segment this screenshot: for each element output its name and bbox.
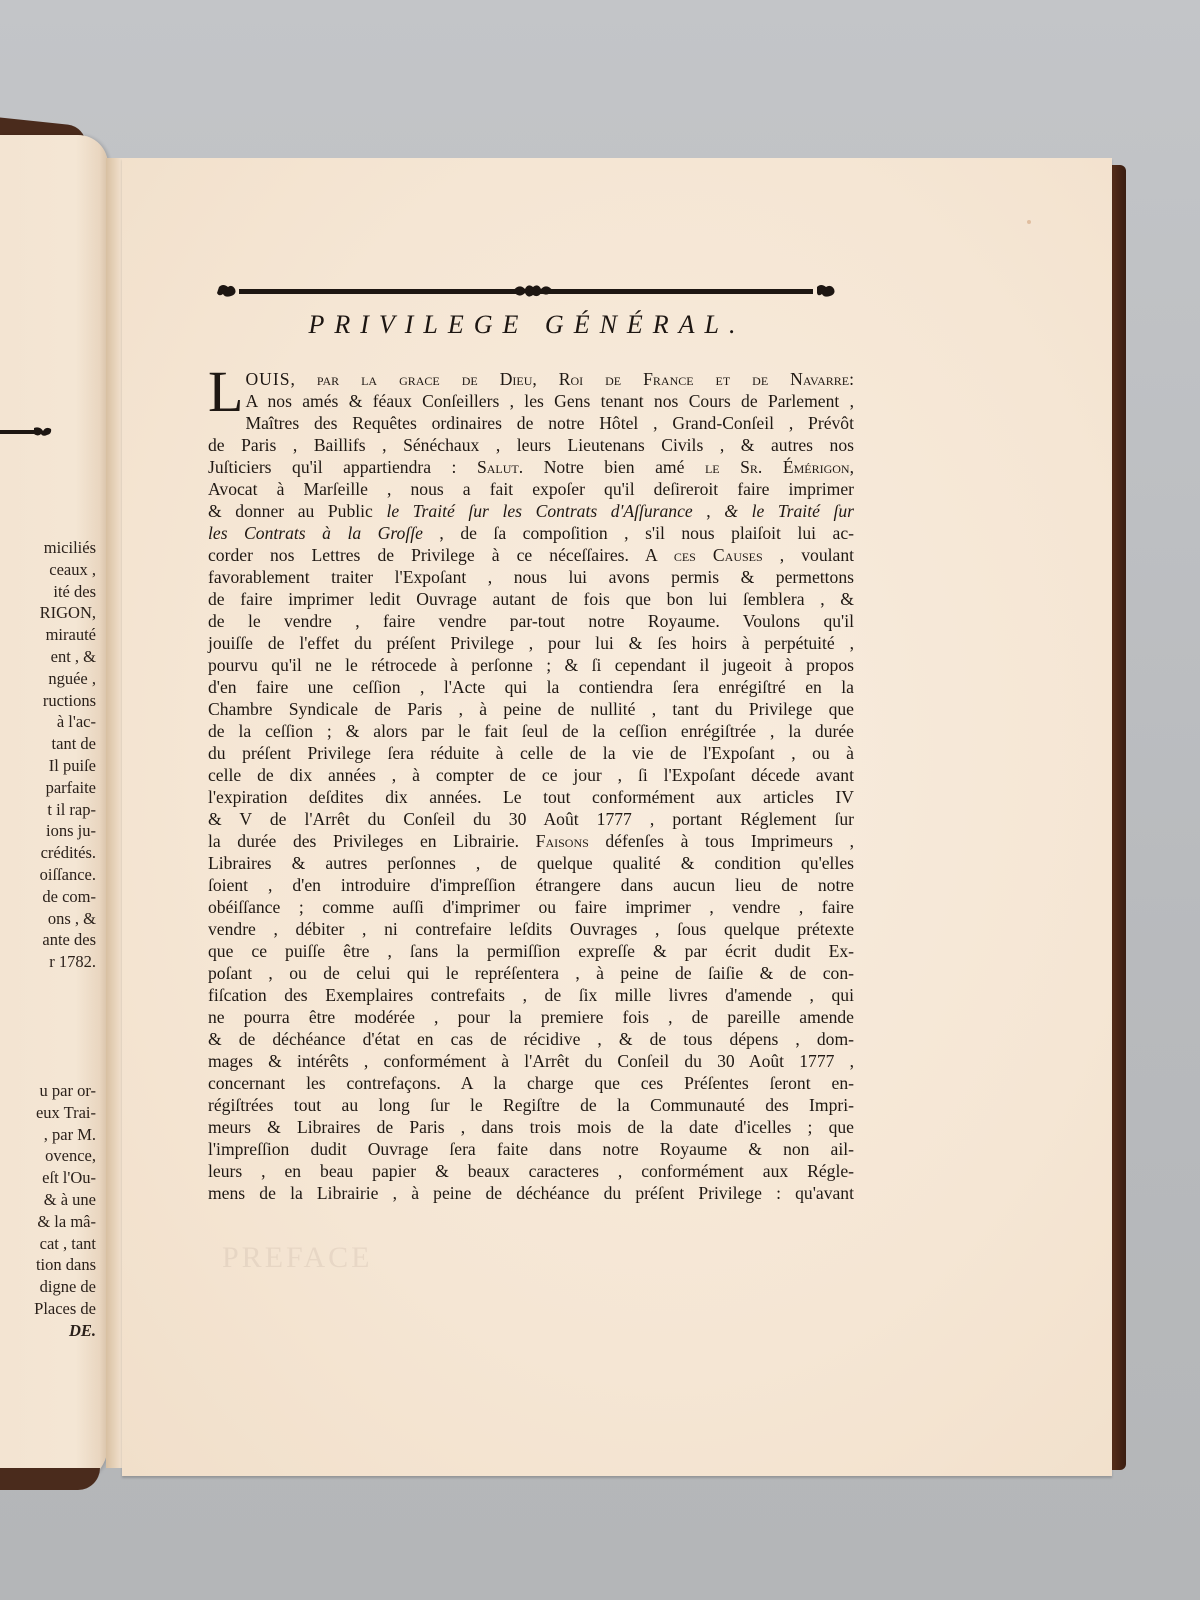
text-run: meurs & Libraires de Paris , dans trois … <box>208 1117 854 1137</box>
text-run: A nos amés & féaux Conſeillers , les Gen… <box>245 391 854 411</box>
text-line: ovence, <box>34 1145 96 1167</box>
text-run: mens de la Librairie , à peine de déchéa… <box>208 1183 854 1203</box>
text-line: u par or- <box>34 1080 96 1102</box>
text-line: ent , & <box>40 646 96 668</box>
privilege-body-text: L OUIS, par la grace de Dieu, Roi de Fra… <box>208 368 854 1204</box>
text-line: ſoient , d'en introduire d'impreſſion ét… <box>208 874 854 896</box>
text-run: la durée des Privileges en Librairie. <box>208 831 536 851</box>
right-page: PRIVILEGE GÉNÉRAL. L OUIS, par la grace … <box>122 158 1112 1476</box>
text-run: d'en faire une ceſſion , l'Acte qui la c… <box>208 677 854 697</box>
text-line: de la ceſſion ; & alors par le fait ſeul… <box>208 720 854 742</box>
text-line: , par M. <box>34 1124 96 1146</box>
text-line: que ce puiſſe être , ſans la permiſſion … <box>208 940 854 962</box>
text-run: poſant , ou de celui qui le repréſentera… <box>208 963 854 983</box>
text-line: ne pourra être modérée , pour la premier… <box>208 1006 854 1028</box>
book-left-cover-bottom <box>0 1468 100 1490</box>
text-run: celle de dix années , à compter de ce jo… <box>208 765 854 785</box>
text-line: l'expiration deſdites dix années. Le tou… <box>208 786 854 808</box>
text-run: Avocat à Marſeille , nous a fait expoſer… <box>208 479 854 499</box>
text-line: eſt l'Ou- <box>34 1167 96 1189</box>
text-line: ité des <box>40 581 96 603</box>
text-line: oiſſance. <box>40 864 96 886</box>
text-run: obéiſſance ; comme auſſi d'imprimer ou f… <box>208 897 854 917</box>
text-line: meurs & Libraires de Paris , dans trois … <box>208 1116 854 1138</box>
text-line: ante des <box>40 929 96 951</box>
text-run: le Traité ſur les Contrats d'Aſſurance <box>386 501 692 521</box>
text-line: vendre , débiter , ni contrefaire leſdit… <box>208 918 854 940</box>
text-run: régiſtrées tout au long ſur le Regiſtre … <box>208 1095 854 1115</box>
text-run: Maîtres des Requêtes ordinaires de notre… <box>245 413 854 433</box>
text-run: pourvu qu'il ne le rétrocede à perſonne … <box>208 655 854 675</box>
text-run: , <box>693 501 725 521</box>
text-line: poſant , ou de celui qui le repréſentera… <box>208 962 854 984</box>
text-run: , par la grace de Dieu, Roi de France et… <box>291 369 855 389</box>
text-line: parfaite <box>40 777 96 799</box>
left-page-text-bottom: u par or-eux Trai-, par M.ovence,eſt l'O… <box>34 1080 96 1342</box>
text-run: concernant les contrefaçons. A la charge… <box>208 1073 854 1093</box>
text-line: OUIS, par la grace de Dieu, Roi de Franc… <box>208 368 854 390</box>
text-run: ſoient , d'en introduire d'impreſſion ét… <box>208 875 854 895</box>
text-run: de le vendre , faire vendre par-tout not… <box>208 611 854 631</box>
text-line: de le vendre , faire vendre par-tout not… <box>208 610 854 632</box>
text-run: jouiſſe de l'effet du préſent Privilege … <box>208 633 854 653</box>
text-run: ces Causes <box>674 545 763 565</box>
foxing-spot <box>1027 220 1031 224</box>
text-line: les Contrats à la Groſſe , de ſa compoſi… <box>208 522 854 544</box>
text-line: & à une <box>34 1189 96 1211</box>
text-run: les Contrats à la Groſſe <box>208 523 423 543</box>
text-line: crédités. <box>40 842 96 864</box>
text-line: cat , tant <box>34 1233 96 1255</box>
text-line: & V de l'Arrêt du Conſeil du 30 Août 177… <box>208 808 854 830</box>
text-run: , <box>850 457 854 477</box>
text-run: Libraires & autres perſonnes , de quelqu… <box>208 853 854 873</box>
text-line: tion dans <box>34 1254 96 1276</box>
text-run: de la ceſſion ; & alors par le fait ſeul… <box>208 721 854 741</box>
text-run: OUIS <box>245 369 290 389</box>
text-line: & la mâ- <box>34 1211 96 1233</box>
text-run: fiſcation des Exemplaires contrefaits , … <box>208 985 854 1005</box>
text-line: concernant les contrefaçons. A la charge… <box>208 1072 854 1094</box>
text-line: pourvu qu'il ne le rétrocede à perſonne … <box>208 654 854 676</box>
text-run: favorablement traiter l'Expoſant , nous … <box>208 567 854 587</box>
text-run: du préſent Privilege ſera réduite à cell… <box>208 743 854 763</box>
text-line: digne de <box>34 1276 96 1298</box>
text-run: de faire imprimer ledit Ouvrage autant d… <box>208 589 854 609</box>
text-run: l'expiration deſdites dix années. Le tou… <box>208 787 854 807</box>
text-line: Places de <box>34 1298 96 1320</box>
ornament-bar-fragment-icon <box>0 427 52 437</box>
text-run: corder nos Lettres de Privilege à ce néc… <box>208 545 674 565</box>
text-line: Libraires & autres perſonnes , de quelqu… <box>208 852 854 874</box>
text-line: RIGON, <box>40 602 96 624</box>
text-line: tant de <box>40 733 96 755</box>
text-line: miciliés <box>40 537 96 559</box>
text-line: DE. <box>34 1320 96 1342</box>
text-line: ons , & <box>40 908 96 930</box>
show-through-text: PREFACE <box>222 1241 372 1275</box>
text-line: d'en faire une ceſſion , l'Acte qui la c… <box>208 676 854 698</box>
text-run: l'impreſſion dudit Ouvrage ſera faite da… <box>208 1139 854 1159</box>
text-line: corder nos Lettres de Privilege à ce néc… <box>208 544 854 566</box>
text-line: & donner au Public le Traité ſur les Con… <box>208 500 854 522</box>
text-run: & donner au Public <box>208 501 386 521</box>
text-run: Juſticiers qu'il appartiendra : <box>208 457 477 477</box>
text-line: régiſtrées tout au long ſur le Regiſtre … <box>208 1094 854 1116</box>
text-run: leurs , en beau papier & beaux caractere… <box>208 1161 854 1181</box>
text-line: l'impreſſion dudit Ouvrage ſera faite da… <box>208 1138 854 1160</box>
text-line: Chambre Syndicale de Paris , à peine de … <box>208 698 854 720</box>
text-run: , de ſa compoſition , s'il nous plaiſoit… <box>423 523 854 543</box>
text-line: de faire imprimer ledit Ouvrage autant d… <box>208 588 854 610</box>
text-run: Notre bien amé <box>523 457 705 477</box>
text-run: & V de l'Arrêt du Conſeil du 30 Août 177… <box>208 809 854 829</box>
page-title: PRIVILEGE GÉNÉRAL. <box>217 310 837 340</box>
text-line: à l'ac- <box>40 711 96 733</box>
text-line: nguée , <box>40 668 96 690</box>
text-run: mages & intérêts , conformément à l'Arrê… <box>208 1051 854 1071</box>
left-page: miciliésceaux ,ité desRIGON,mirautéent ,… <box>0 135 108 1485</box>
text-line: A nos amés & féaux Conſeillers , les Gen… <box>208 390 854 412</box>
text-run: vendre , débiter , ni contrefaire leſdit… <box>208 919 854 939</box>
text-line: du préſent Privilege ſera réduite à cell… <box>208 742 854 764</box>
text-run: Salut. <box>477 457 523 477</box>
text-line: Juſticiers qu'il appartiendra : Salut. N… <box>208 456 854 478</box>
text-run: défenſes à tous Imprimeurs , <box>589 831 854 851</box>
text-line: de Paris , Baillifs , Sénéchaux , leurs … <box>208 434 854 456</box>
text-run: Faisons <box>536 831 589 851</box>
text-line: mirauté <box>40 624 96 646</box>
text-line: Avocat à Marſeille , nous a fait expoſer… <box>208 478 854 500</box>
text-line: mages & intérêts , conformément à l'Arrê… <box>208 1050 854 1072</box>
text-line: ructions <box>40 690 96 712</box>
text-line: Maîtres des Requêtes ordinaires de notre… <box>208 412 854 434</box>
text-run: de Paris , Baillifs , Sénéchaux , leurs … <box>208 435 854 455</box>
text-line: r 1782. <box>40 951 96 973</box>
text-run: Chambre Syndicale de Paris , à peine de … <box>208 699 854 719</box>
text-line: de com- <box>40 886 96 908</box>
text-line: Il puiſe <box>40 755 96 777</box>
text-line: eux Trai- <box>34 1102 96 1124</box>
text-line: celle de dix années , à compter de ce jo… <box>208 764 854 786</box>
text-line: fiſcation des Exemplaires contrefaits , … <box>208 984 854 1006</box>
text-run: ne pourra être modérée , pour la premier… <box>208 1007 854 1027</box>
text-line: ions ju- <box>40 820 96 842</box>
text-line: la durée des Privileges en Librairie. Fa… <box>208 830 854 852</box>
left-page-text-top: miciliésceaux ,ité desRIGON,mirautéent ,… <box>40 537 96 973</box>
text-line: jouiſſe de l'effet du préſent Privilege … <box>208 632 854 654</box>
text-line: leurs , en beau papier & beaux caractere… <box>208 1160 854 1182</box>
text-line: favorablement traiter l'Expoſant , nous … <box>208 566 854 588</box>
drop-cap: L <box>208 370 243 414</box>
text-line: mens de la Librairie , à peine de déchéa… <box>208 1182 854 1204</box>
text-run: le Sr. Émérigon <box>705 457 850 477</box>
text-line: ceaux , <box>40 559 96 581</box>
text-run: , voulant <box>763 545 854 565</box>
text-run: que ce puiſſe être , ſans la permiſſion … <box>208 941 854 961</box>
text-line: t il rap- <box>40 799 96 821</box>
gutter-shadow <box>106 158 122 1468</box>
ornament-bar-icon <box>217 283 837 299</box>
text-run: & le Traité ſur <box>724 501 854 521</box>
text-line: obéiſſance ; comme auſſi d'imprimer ou f… <box>208 896 854 918</box>
text-run: & de déchéance d'état en cas de récidive… <box>208 1029 854 1049</box>
text-line: & de déchéance d'état en cas de récidive… <box>208 1028 854 1050</box>
